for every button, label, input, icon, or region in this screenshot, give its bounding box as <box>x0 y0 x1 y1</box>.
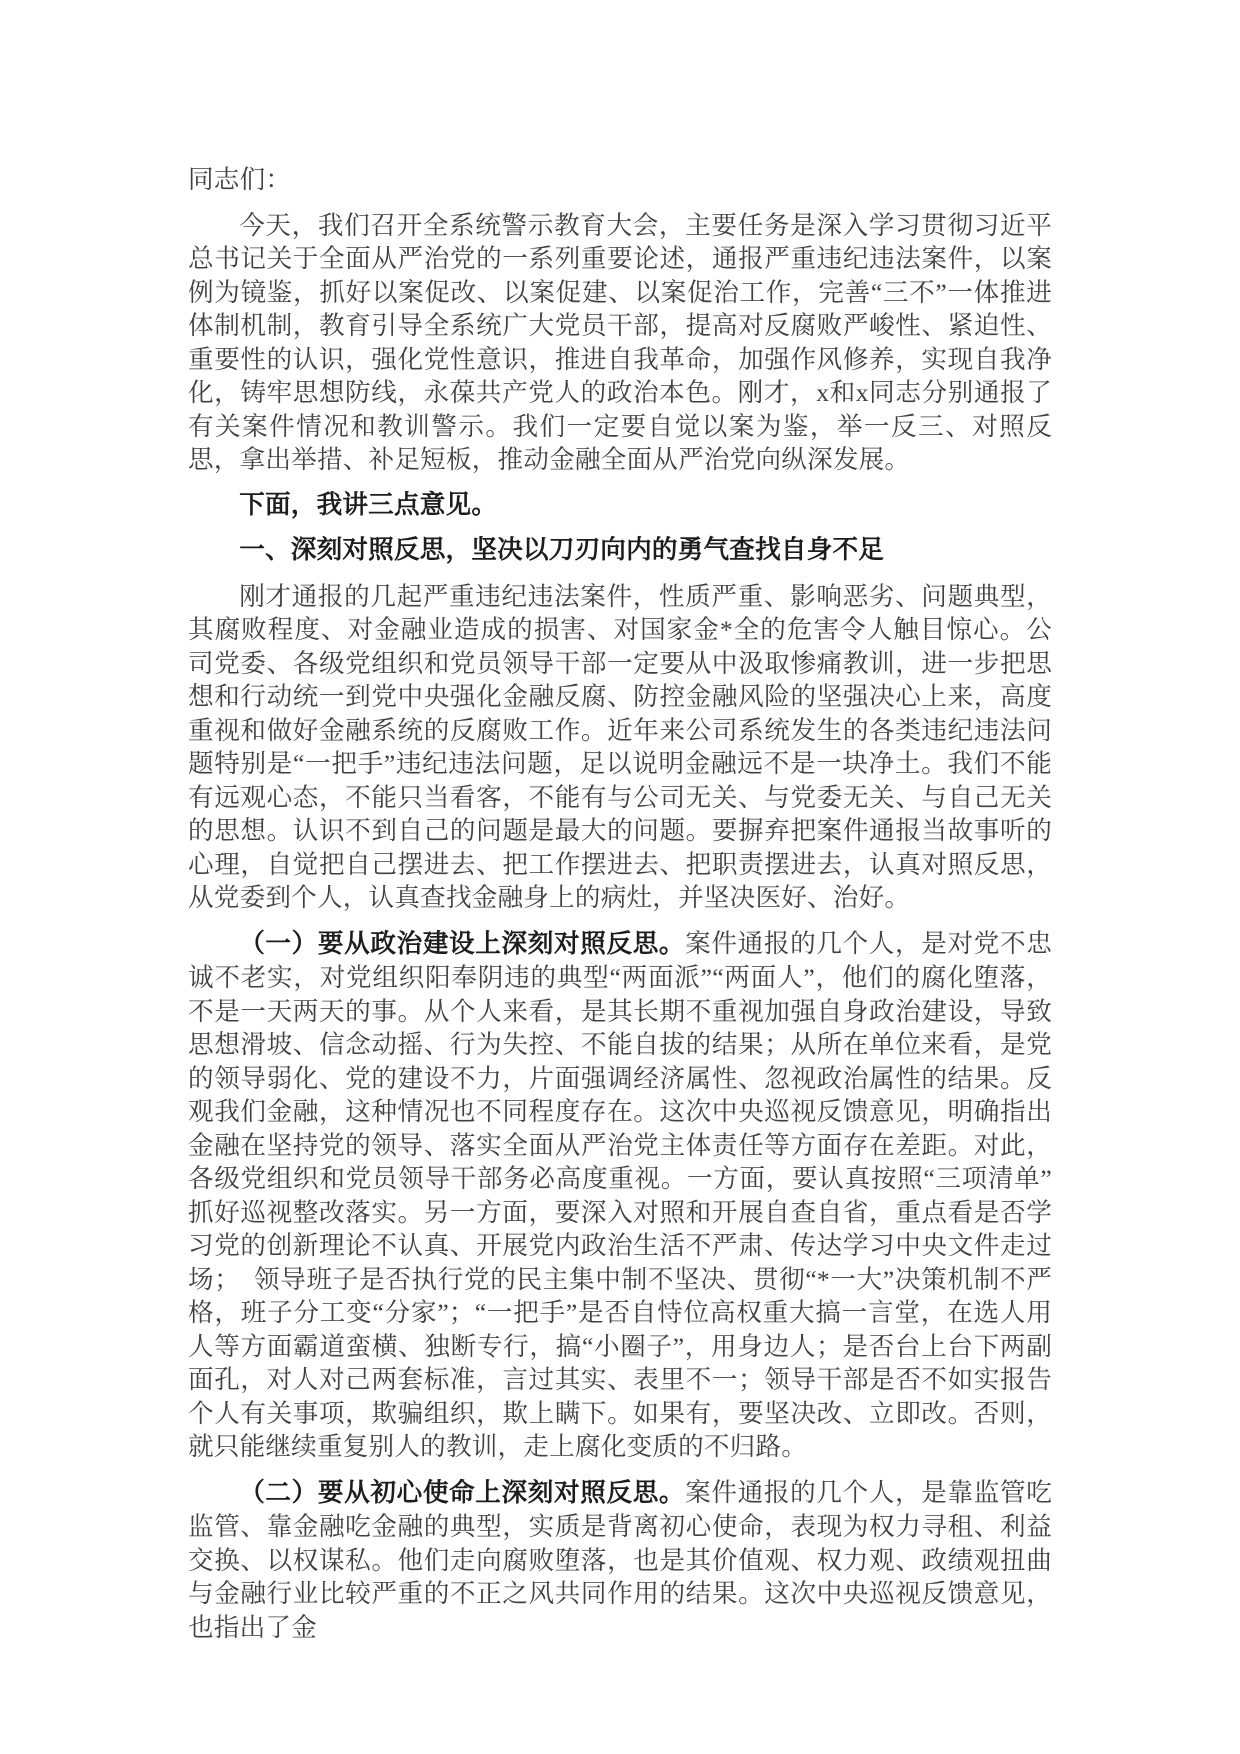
point-one-paragraph: （一）要从政治建设上深刻对照反思。案件通报的几个人，是对党不忠诚不老实，对党组织… <box>188 927 1052 1464</box>
section-one-lead-paragraph: 刚才通报的几起严重违纪违法案件，性质严重、影响恶劣、问题典型，其腐败程度、对金融… <box>188 580 1052 915</box>
point-one-text: 案件通报的几个人，是对党不忠诚不老实，对党组织阳奉阴违的典型“两面派”“两面人”… <box>188 929 1052 1462</box>
section-one-heading: 一、深刻对照反思，坚决以刀刃向内的勇气查找自身不足 <box>188 534 1052 568</box>
point-one-lead: （一）要从政治建设上深刻对照反思。 <box>239 930 685 958</box>
document-page: 同志们： 今天，我们召开全系统警示教育大会，主要任务是深入学习贯彻习近平总书记关… <box>0 0 1240 1754</box>
point-two-lead: （二）要从初心使命上深刻对照反思。 <box>239 1479 685 1507</box>
document-body: 同志们： 今天，我们召开全系统警示教育大会，主要任务是深入学习贯彻习近平总书记关… <box>188 163 1052 1644</box>
salutation-line: 同志们： <box>188 163 1052 197</box>
opening-paragraph: 今天，我们召开全系统警示教育大会，主要任务是深入学习贯彻习近平总书记关于全面从严… <box>188 209 1052 477</box>
point-two-paragraph: （二）要从初心使命上深刻对照反思。案件通报的几个人，是靠监管吃监管、靠金融吃金融… <box>188 1476 1052 1645</box>
transition-line: 下面，我讲三点意见。 <box>188 489 1052 523</box>
